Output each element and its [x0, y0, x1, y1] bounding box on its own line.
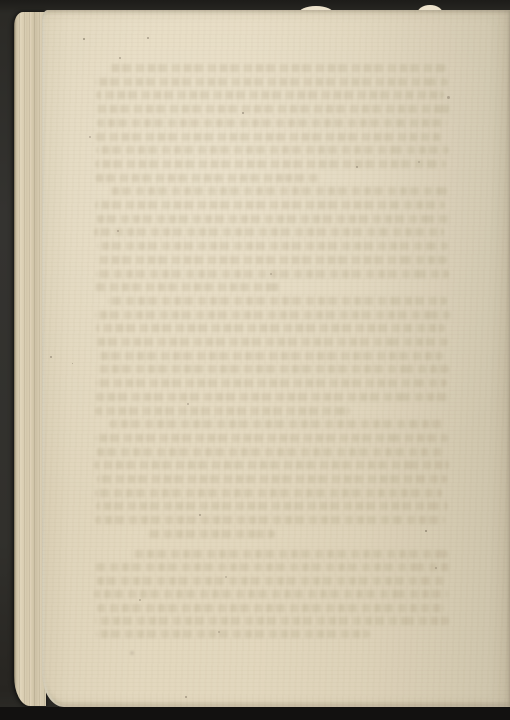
showthrough-line	[95, 311, 450, 319]
showthrough-line	[94, 105, 450, 113]
showthrough-line	[96, 91, 444, 99]
showthrough-line	[97, 352, 443, 360]
showthrough-line	[96, 379, 447, 387]
showthrough-line	[94, 461, 449, 469]
showthrough-line	[96, 448, 444, 456]
showthrough-line	[94, 228, 444, 236]
showthrough-line	[95, 434, 448, 442]
showthrough-line	[96, 324, 445, 332]
showthrough-line	[96, 577, 446, 585]
showthrough-text-area	[42, 10, 510, 707]
showthrough-line	[97, 242, 448, 250]
showthrough-line	[95, 283, 280, 291]
showthrough-line	[109, 420, 446, 428]
scan-background-bottom	[0, 707, 510, 720]
showthrough-line	[94, 338, 448, 346]
showthrough-line	[147, 530, 275, 538]
showthrough-line	[95, 393, 450, 401]
showthrough-line	[95, 407, 350, 415]
showthrough-line	[95, 133, 442, 141]
showthrough-line	[96, 215, 450, 223]
showthrough-line	[95, 201, 445, 209]
showthrough-line	[95, 365, 449, 373]
showthrough-line	[96, 630, 370, 638]
showthrough-line	[95, 489, 442, 497]
showthrough-line	[108, 297, 447, 305]
showthrough-line	[130, 550, 448, 558]
showthrough-line	[95, 617, 449, 625]
showthrough-line	[97, 604, 444, 612]
showthrough-line	[95, 78, 448, 86]
showthrough-line	[94, 590, 448, 598]
showthrough-line	[97, 119, 447, 127]
showthrough-line	[95, 256, 447, 264]
scanned-book-page	[0, 0, 510, 720]
showthrough-line	[95, 160, 446, 168]
showthrough-line	[95, 174, 320, 182]
showthrough-line	[96, 146, 449, 154]
showthrough-line	[109, 187, 448, 195]
showthrough-line	[96, 502, 448, 510]
showthrough-line	[95, 516, 445, 524]
showthrough-line	[95, 563, 450, 571]
showthrough-line	[96, 270, 449, 278]
showthrough-line	[97, 475, 447, 483]
showthrough-line	[108, 64, 446, 72]
blank-book-page	[42, 10, 510, 707]
